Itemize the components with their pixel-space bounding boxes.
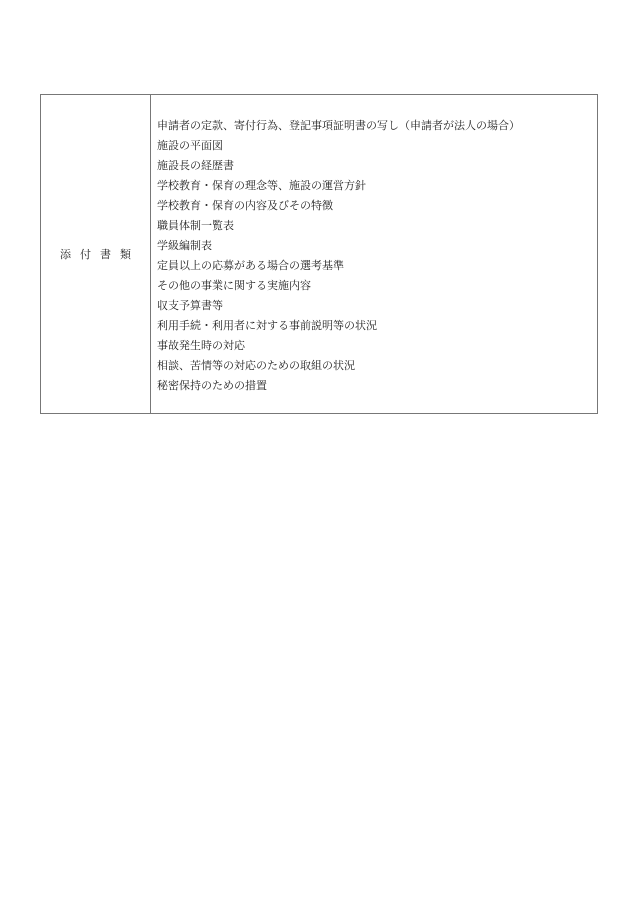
label-cell: 添付書類 — [41, 95, 151, 413]
list-item: 相談、苦情等の対応のための取組の状況 — [157, 356, 597, 376]
list-item: 申請者の定款、寄付行為、登記事項証明書の写し（申請者が法人の場合） — [157, 116, 597, 136]
list-item: 定員以上の応募がある場合の選考基準 — [157, 256, 597, 276]
list-item: 学校教育・保育の内容及びその特徴 — [157, 196, 597, 216]
list-item: 利用手続・利用者に対する事前説明等の状況 — [157, 316, 597, 336]
list-item: 秘密保持のための措置 — [157, 376, 597, 396]
attachments-list: 申請者の定款、寄付行為、登記事項証明書の写し（申請者が法人の場合） 施設の平面図… — [151, 95, 597, 413]
list-item: 学校教育・保育の理念等、施設の運営方針 — [157, 176, 597, 196]
list-item: 施設長の経歴書 — [157, 156, 597, 176]
list-item: 事故発生時の対応 — [157, 336, 597, 356]
list-item: その他の事業に関する実施内容 — [157, 276, 597, 296]
list-item: 学級編制表 — [157, 236, 597, 256]
list-item: 収支予算書等 — [157, 296, 597, 316]
attachments-label: 添付書類 — [51, 246, 140, 262]
list-item: 職員体制一覧表 — [157, 216, 597, 236]
list-item: 施設の平面図 — [157, 136, 597, 156]
attachments-table: 添付書類 申請者の定款、寄付行為、登記事項証明書の写し（申請者が法人の場合） 施… — [40, 94, 598, 414]
